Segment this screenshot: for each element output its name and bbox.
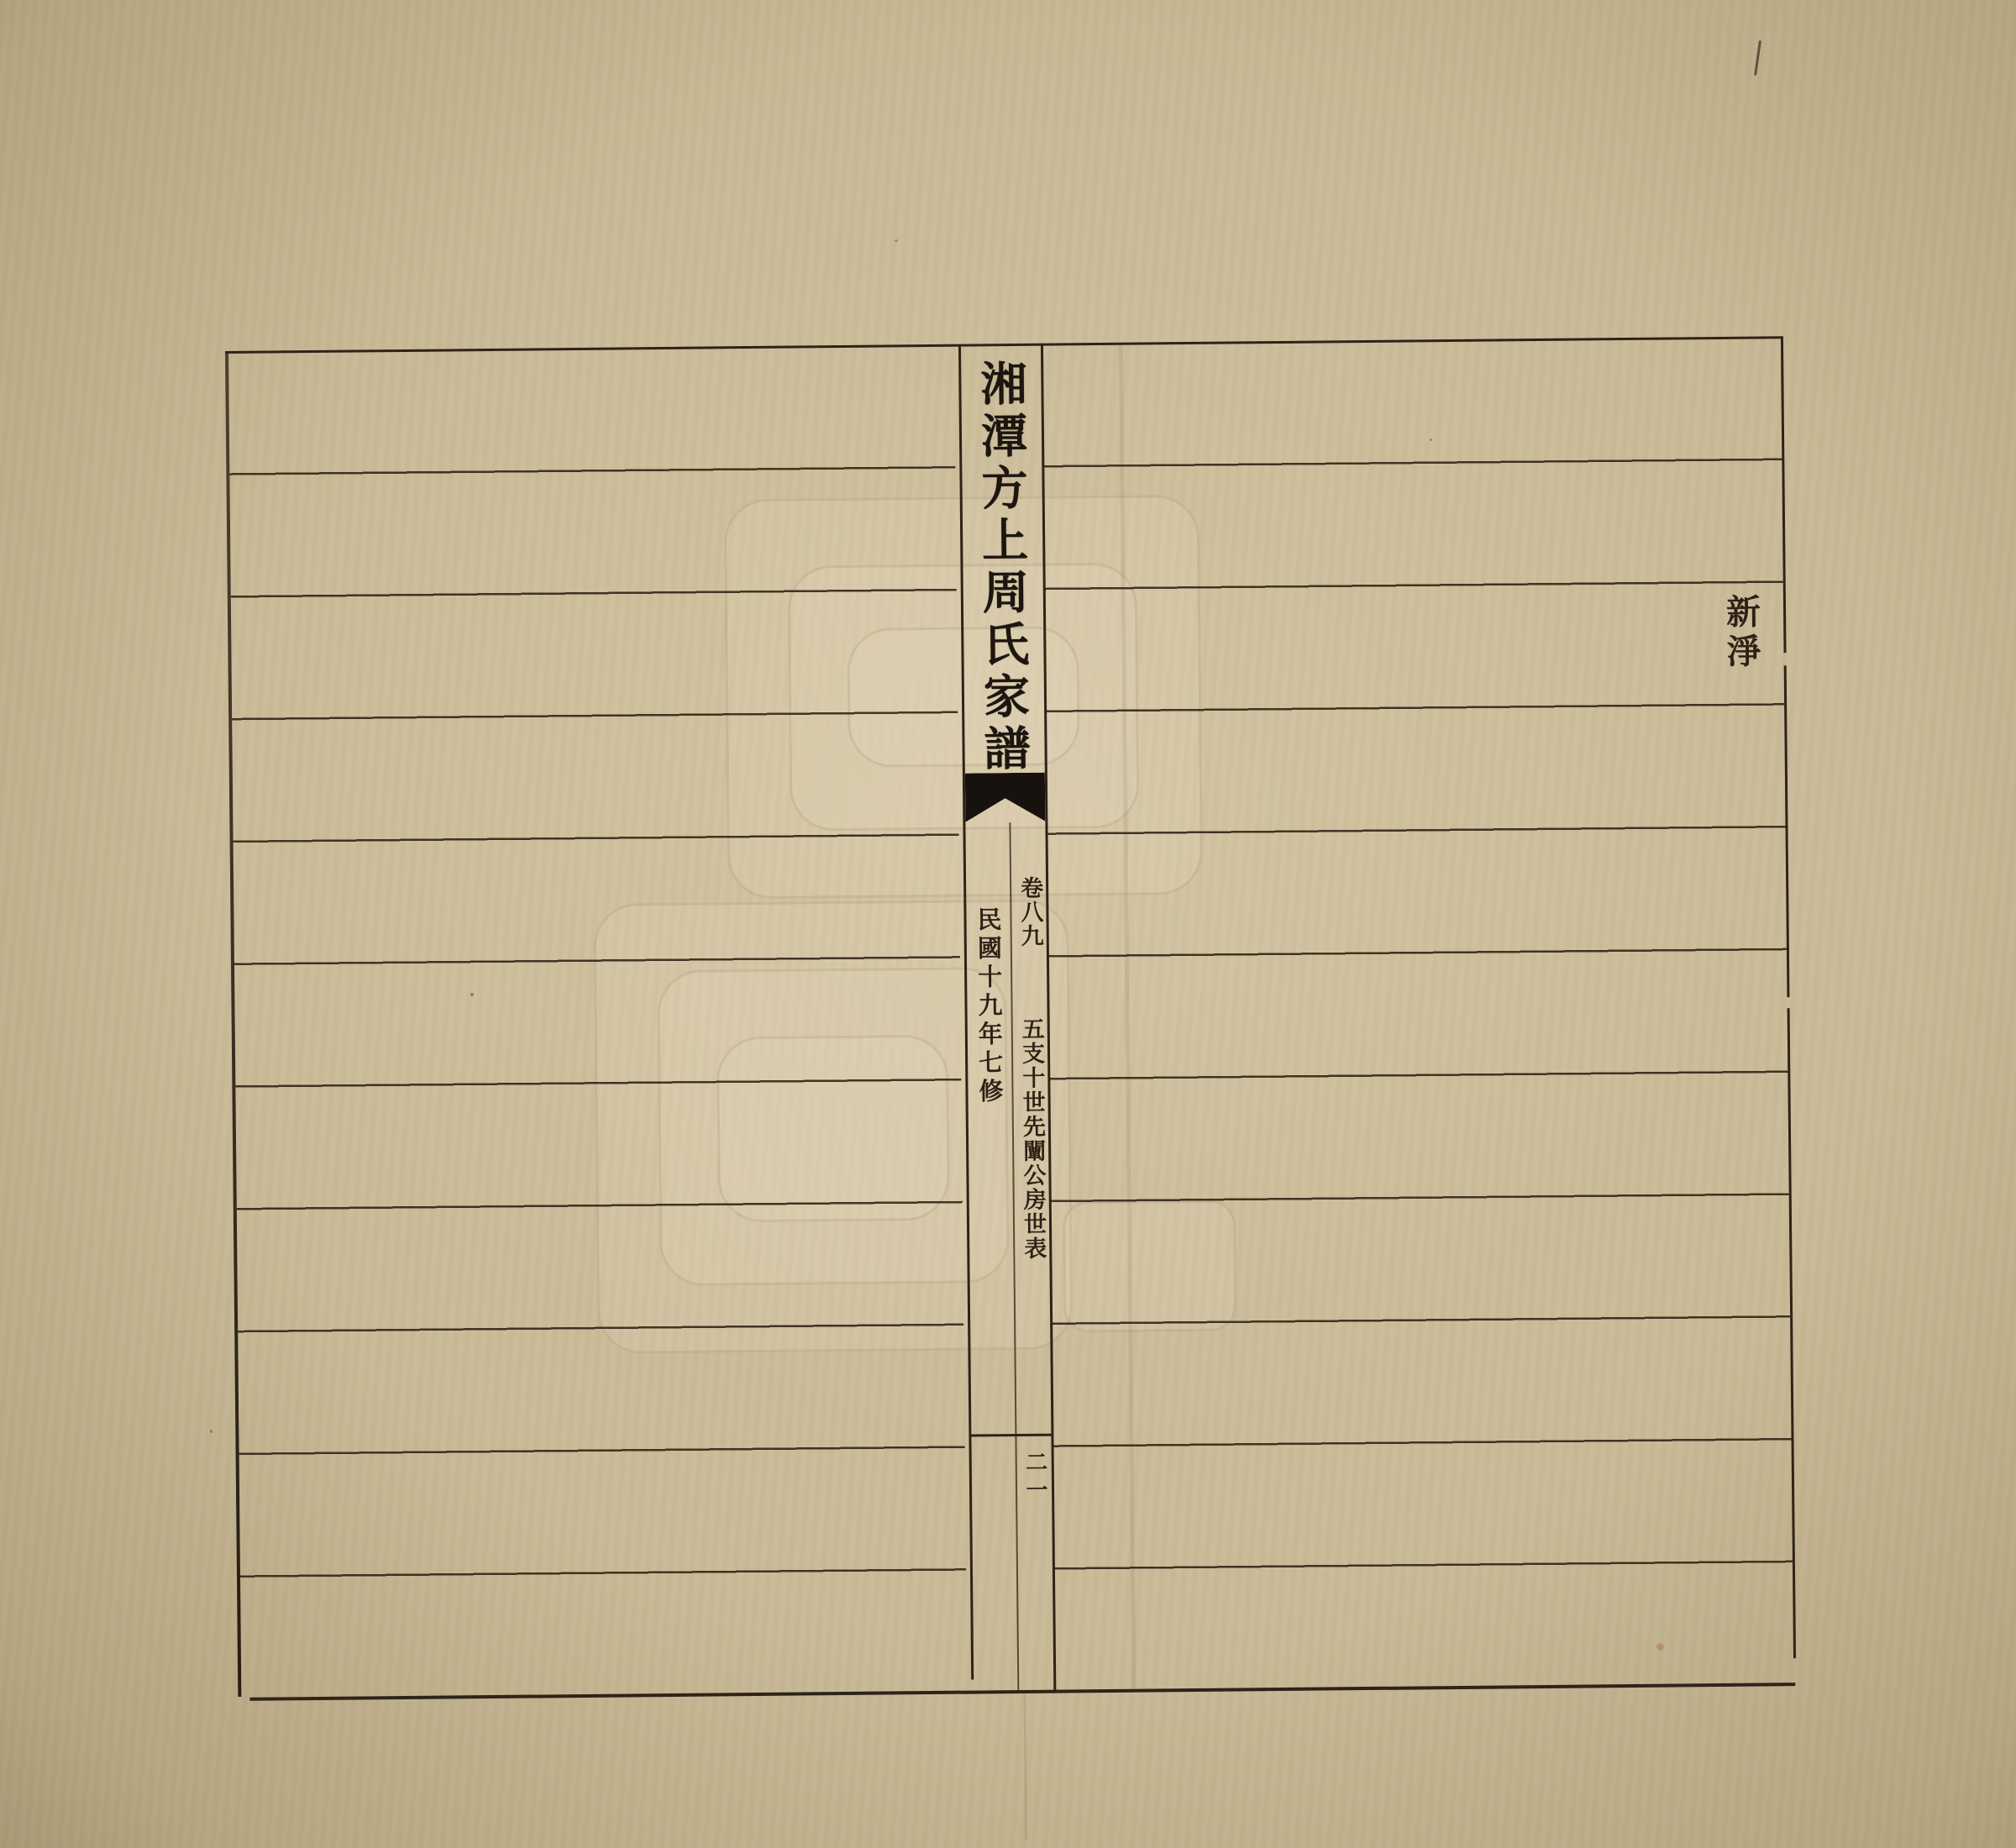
page-number-rule xyxy=(970,1434,1053,1436)
paper-speck xyxy=(470,993,474,996)
printed-page-frame: 湘潭方上周氏家譜 卷八九 五支十世先闡公房世表 民國十九年七修 二一 新淨 xyxy=(0,0,2016,1848)
edition-note: 民國十九年七修 xyxy=(967,906,1009,1106)
paper-speck xyxy=(1656,1643,1664,1651)
fold-crease-bottom xyxy=(1023,1693,1027,1840)
margin-annotation: 新淨 xyxy=(1718,593,1762,672)
section-title: 五支十世先闡公房世表 xyxy=(1012,1017,1052,1261)
paper-speck xyxy=(895,239,898,242)
paper-speck xyxy=(210,1430,213,1433)
row-lines-right-page xyxy=(1042,338,1793,1688)
volume-label: 卷八九 xyxy=(1011,876,1048,948)
scanned-genealogy-page: 湘潭方上周氏家譜 卷八九 五支十世先闡公房世表 民國十九年七修 二一 新淨 xyxy=(0,0,2016,1848)
page-number: 二一 xyxy=(1016,1451,1054,1506)
paper-speck xyxy=(1430,438,1432,441)
book-title: 湘潭方上周氏家譜 xyxy=(963,355,1042,780)
row-lines-left-page xyxy=(228,346,967,1697)
